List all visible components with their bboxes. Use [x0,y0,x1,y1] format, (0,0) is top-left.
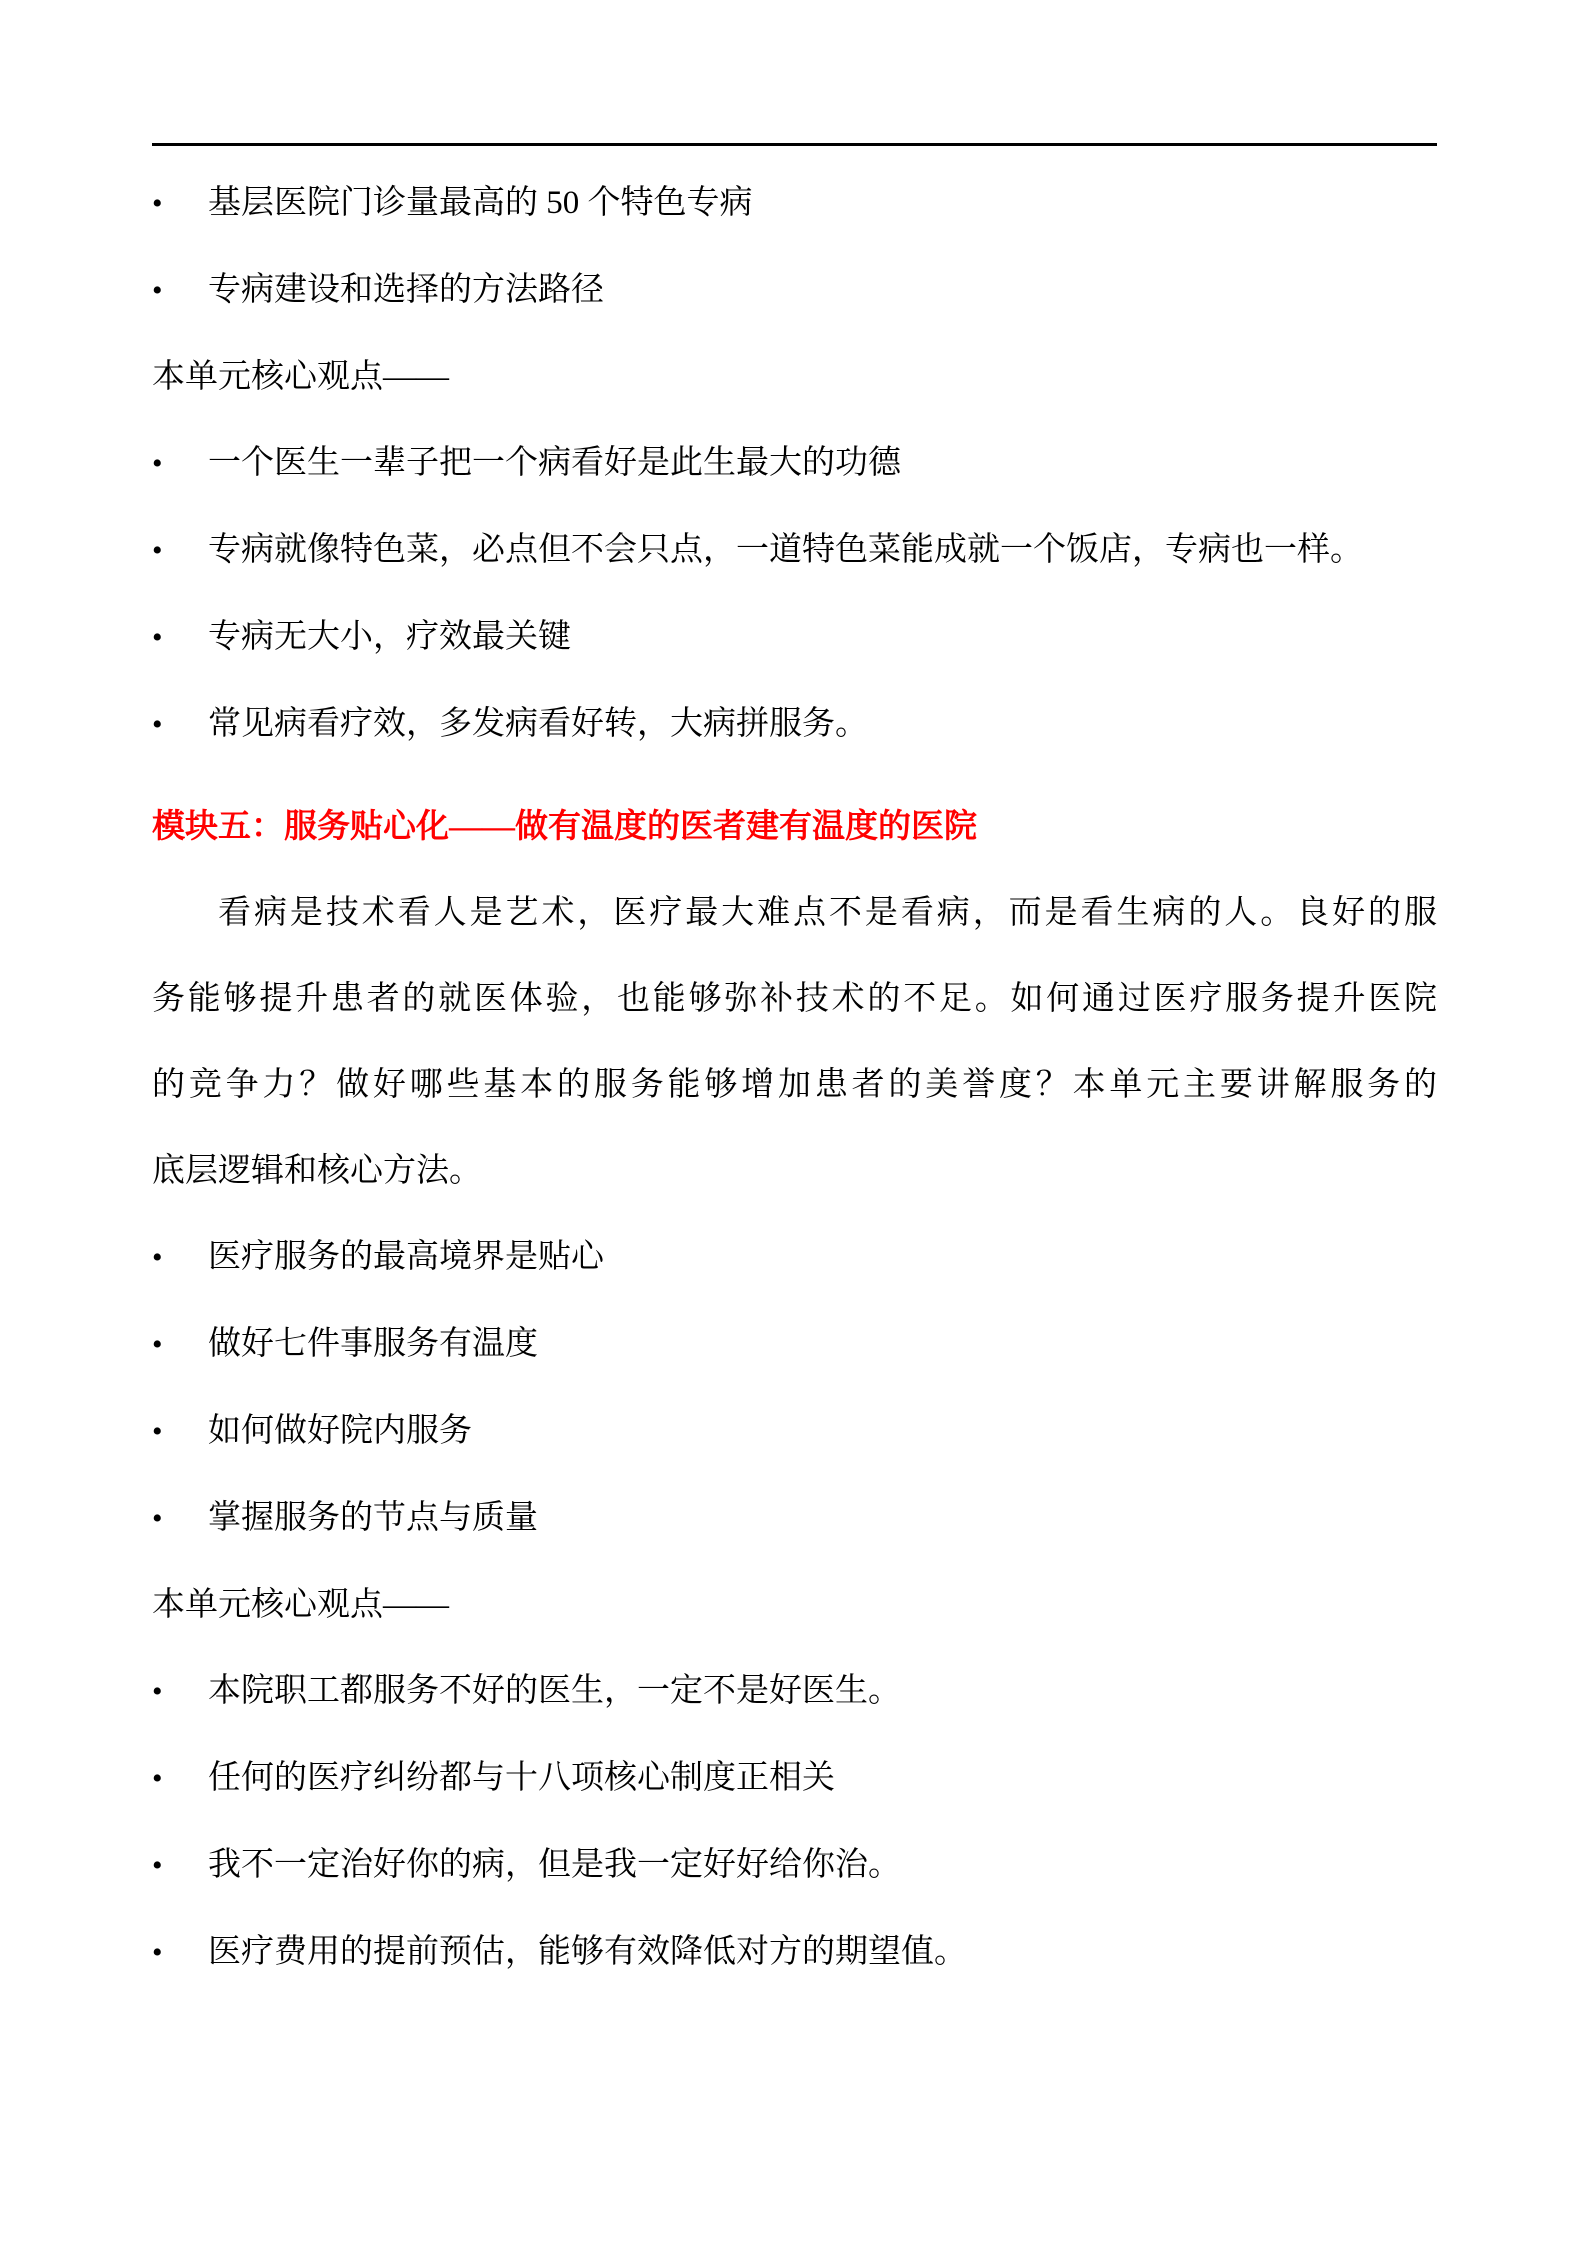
paragraph-line: 的竞争力？做好哪些基本的服务能够增加患者的美誉度？本单元主要讲解服务的 [152,1042,1437,1128]
core-points-label: 本单元核心观点—— [152,1562,1437,1648]
list-item: • 如何做好院内服务 [152,1388,1437,1475]
bullet-icon: • [152,1823,208,1909]
bullet-icon: • [152,1389,208,1475]
core-points-label: 本单元核心观点—— [152,334,1437,420]
paragraph-line: 务能够提升患者的就医体验，也能够弥补技术的不足。如何通过医疗服务提升医院 [152,956,1437,1042]
bullet-icon: • [152,1736,208,1822]
bullet-icon: • [152,161,208,247]
bullet-icon: • [152,1302,208,1388]
list-item: • 做好七件事服务有温度 [152,1301,1437,1388]
list-item: • 任何的医疗纠纷都与十八项核心制度正相关 [152,1735,1437,1822]
list-item: • 医疗费用的提前预估，能够有效降低对方的期望值。 [152,1909,1437,1996]
list-item-text: 一个医生一辈子把一个病看好是此生最大的功德 [208,420,1437,506]
list-item-text: 掌握服务的节点与质量 [208,1475,1437,1561]
list-item: • 我不一定治好你的病，但是我一定好好给你治。 [152,1822,1437,1909]
header-rule [152,143,1437,146]
list-item: • 医疗服务的最高境界是贴心 [152,1214,1437,1301]
bullet-icon: • [152,595,208,681]
list-item: • 专病无大小，疗效最关键 [152,594,1437,681]
list-item: • 一个医生一辈子把一个病看好是此生最大的功德 [152,420,1437,507]
list-item-text: 本院职工都服务不好的医生，一定不是好医生。 [208,1648,1437,1734]
bullet-icon: • [152,1476,208,1562]
bullet-icon: • [152,1649,208,1735]
list-item: • 掌握服务的节点与质量 [152,1475,1437,1562]
list-item-text: 专病就像特色菜，必点但不会只点，一道特色菜能成就一个饭店，专病也一样。 [208,507,1437,593]
list-item-text: 如何做好院内服务 [208,1388,1437,1474]
list-item: • 专病就像特色菜，必点但不会只点，一道特色菜能成就一个饭店，专病也一样。 [152,507,1437,594]
paragraph-line: 底层逻辑和核心方法。 [152,1128,1437,1214]
paragraph-line: 看病是技术看人是艺术，医疗最大难点不是看病，而是看生病的人。良好的服 [152,870,1437,956]
list-item: • 常见病看疗效，多发病看好转，大病拼服务。 [152,681,1437,768]
list-item-text: 专病建设和选择的方法路径 [208,247,1437,333]
list-item-text: 常见病看疗效，多发病看好转，大病拼服务。 [208,681,1437,767]
list-item-text: 任何的医疗纠纷都与十八项核心制度正相关 [208,1735,1437,1821]
list-item-text: 做好七件事服务有温度 [208,1301,1437,1387]
list-item-text: 医疗费用的提前预估，能够有效降低对方的期望值。 [208,1909,1437,1995]
list-item: • 基层医院门诊量最高的 50 个特色专病 [152,160,1437,247]
bullet-icon: • [152,682,208,768]
bullet-icon: • [152,1910,208,1996]
section-heading: 模块五：服务贴心化——做有温度的医者建有温度的医院 [152,784,1437,870]
bullet-icon: • [152,248,208,334]
document-page: • 基层医院门诊量最高的 50 个特色专病 • 专病建设和选择的方法路径 本单元… [0,0,1587,2245]
bullet-icon: • [152,1215,208,1301]
document-content: • 基层医院门诊量最高的 50 个特色专病 • 专病建设和选择的方法路径 本单元… [152,160,1437,1996]
list-item-text: 基层医院门诊量最高的 50 个特色专病 [208,160,1437,246]
list-item-text: 我不一定治好你的病，但是我一定好好给你治。 [208,1822,1437,1908]
bullet-icon: • [152,421,208,507]
list-item-text: 医疗服务的最高境界是贴心 [208,1214,1437,1300]
bullet-icon: • [152,508,208,594]
list-item-text: 专病无大小，疗效最关键 [208,594,1437,680]
list-item: • 本院职工都服务不好的医生，一定不是好医生。 [152,1648,1437,1735]
list-item: • 专病建设和选择的方法路径 [152,247,1437,334]
